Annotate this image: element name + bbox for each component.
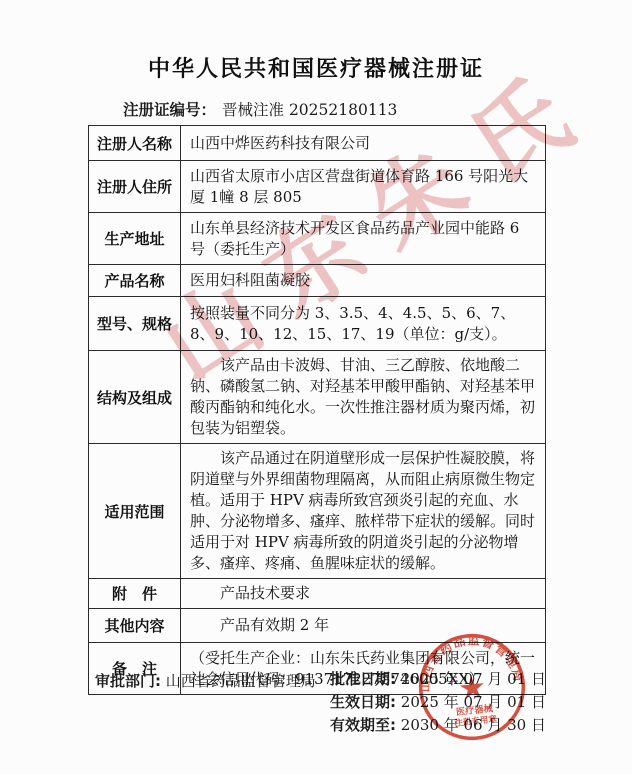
row-value: 产品技术要求 (181, 579, 545, 608)
row-value: 医用妇科阻菌凝胶 (181, 265, 545, 296)
table-row-structure-composition: 结构及组成 该产品由卡波姆、甘油、三乙醇胺、依地酸二钠、磷酸氢二钠、对羟基苯甲酸… (89, 350, 545, 443)
table-row-attachment: 附 件 产品技术要求 (89, 578, 545, 608)
row-label: 注册人住所 (89, 161, 181, 212)
certificate-table: 注册人名称 山西中烨医药科技有限公司 注册人住所 山西省太原市小店区营盘街道体育… (88, 125, 546, 695)
row-label: 注册人名称 (89, 126, 181, 160)
table-row-model-spec: 型号、规格 按照装量不同分为 3、3.5、4、4.5、5、6、7、8、9、10、… (89, 296, 545, 350)
table-row-other-content: 其他内容 产品有效期 2 年 (89, 608, 545, 642)
row-value: 产品有效期 2 年 (181, 609, 545, 642)
row-label: 型号、规格 (89, 297, 181, 350)
row-label: 适用范围 (89, 444, 181, 578)
expiry-date: 有效期至: 2030 年 06 月 30 日 (330, 714, 546, 737)
row-label: 附 件 (89, 579, 181, 608)
row-label: 其他内容 (89, 609, 181, 642)
registration-number-value: 晋械注准 20252180113 (222, 101, 397, 119)
row-value: 按照装量不同分为 3、3.5、4、4.5、5、6、7、8、9、10、12、15、… (181, 297, 545, 350)
approval-date: 批准日期: 2025 年 07 月 01 日 (330, 668, 546, 691)
date-block: 批准日期: 2025 年 07 月 01 日 生效日期: 2025 年 07 月… (330, 668, 546, 737)
table-row-production-address: 生产地址 山东单县经济技术开发区食品药品产业园中能路 6 号（委托生产） (89, 212, 545, 264)
row-value: 该产品由卡波姆、甘油、三乙醇胺、依地酸二钠、磷酸氢二钠、对羟基苯甲酸甲酯钠、对羟… (181, 351, 545, 443)
table-row-intended-use: 适用范围 该产品通过在阴道壁形成一层保护性凝胶膜，将阴道壁与外界细菌物理隔离，从… (89, 443, 545, 578)
row-label: 生产地址 (89, 213, 181, 264)
approval-department-label: 审批部门: (95, 672, 161, 690)
row-value: 该产品通过在阴道壁形成一层保护性凝胶膜，将阴道壁与外界细菌物理隔离，从而阻止病原… (181, 444, 545, 578)
registration-number: 注册证编号：晋械注准 20252180113 (123, 98, 397, 120)
certificate-title: 中华人民共和国医疗器械注册证 (0, 52, 632, 83)
row-label: 结构及组成 (89, 351, 181, 443)
table-row-registrant-name: 注册人名称 山西中烨医药科技有限公司 (89, 126, 545, 160)
row-value: 山东单县经济技术开发区食品药品产业园中能路 6 号（委托生产） (181, 213, 545, 264)
effective-date: 生效日期: 2025 年 07 月 01 日 (330, 691, 546, 714)
certificate-page: 中华人民共和国医疗器械注册证 注册证编号：晋械注准 20252180113 注册… (0, 0, 632, 774)
table-row-registrant-address: 注册人住所 山西省太原市小店区营盘街道体育路 166 号阳光大厦 1幢 8 层 … (89, 160, 545, 212)
row-value: 山西中烨医药科技有限公司 (181, 126, 545, 160)
registration-number-label: 注册证编号： (123, 101, 216, 119)
row-value: 山西省太原市小店区营盘街道体育路 166 号阳光大厦 1幢 8 层 805 (181, 161, 545, 212)
approval-department-value: 山西省药品监督管理局 (166, 672, 316, 690)
table-row-product-name: 产品名称 医用妇科阻菌凝胶 (89, 264, 545, 296)
approval-department: 审批部门: 山西省药品监督管理局 (95, 670, 316, 691)
row-label: 产品名称 (89, 265, 181, 296)
